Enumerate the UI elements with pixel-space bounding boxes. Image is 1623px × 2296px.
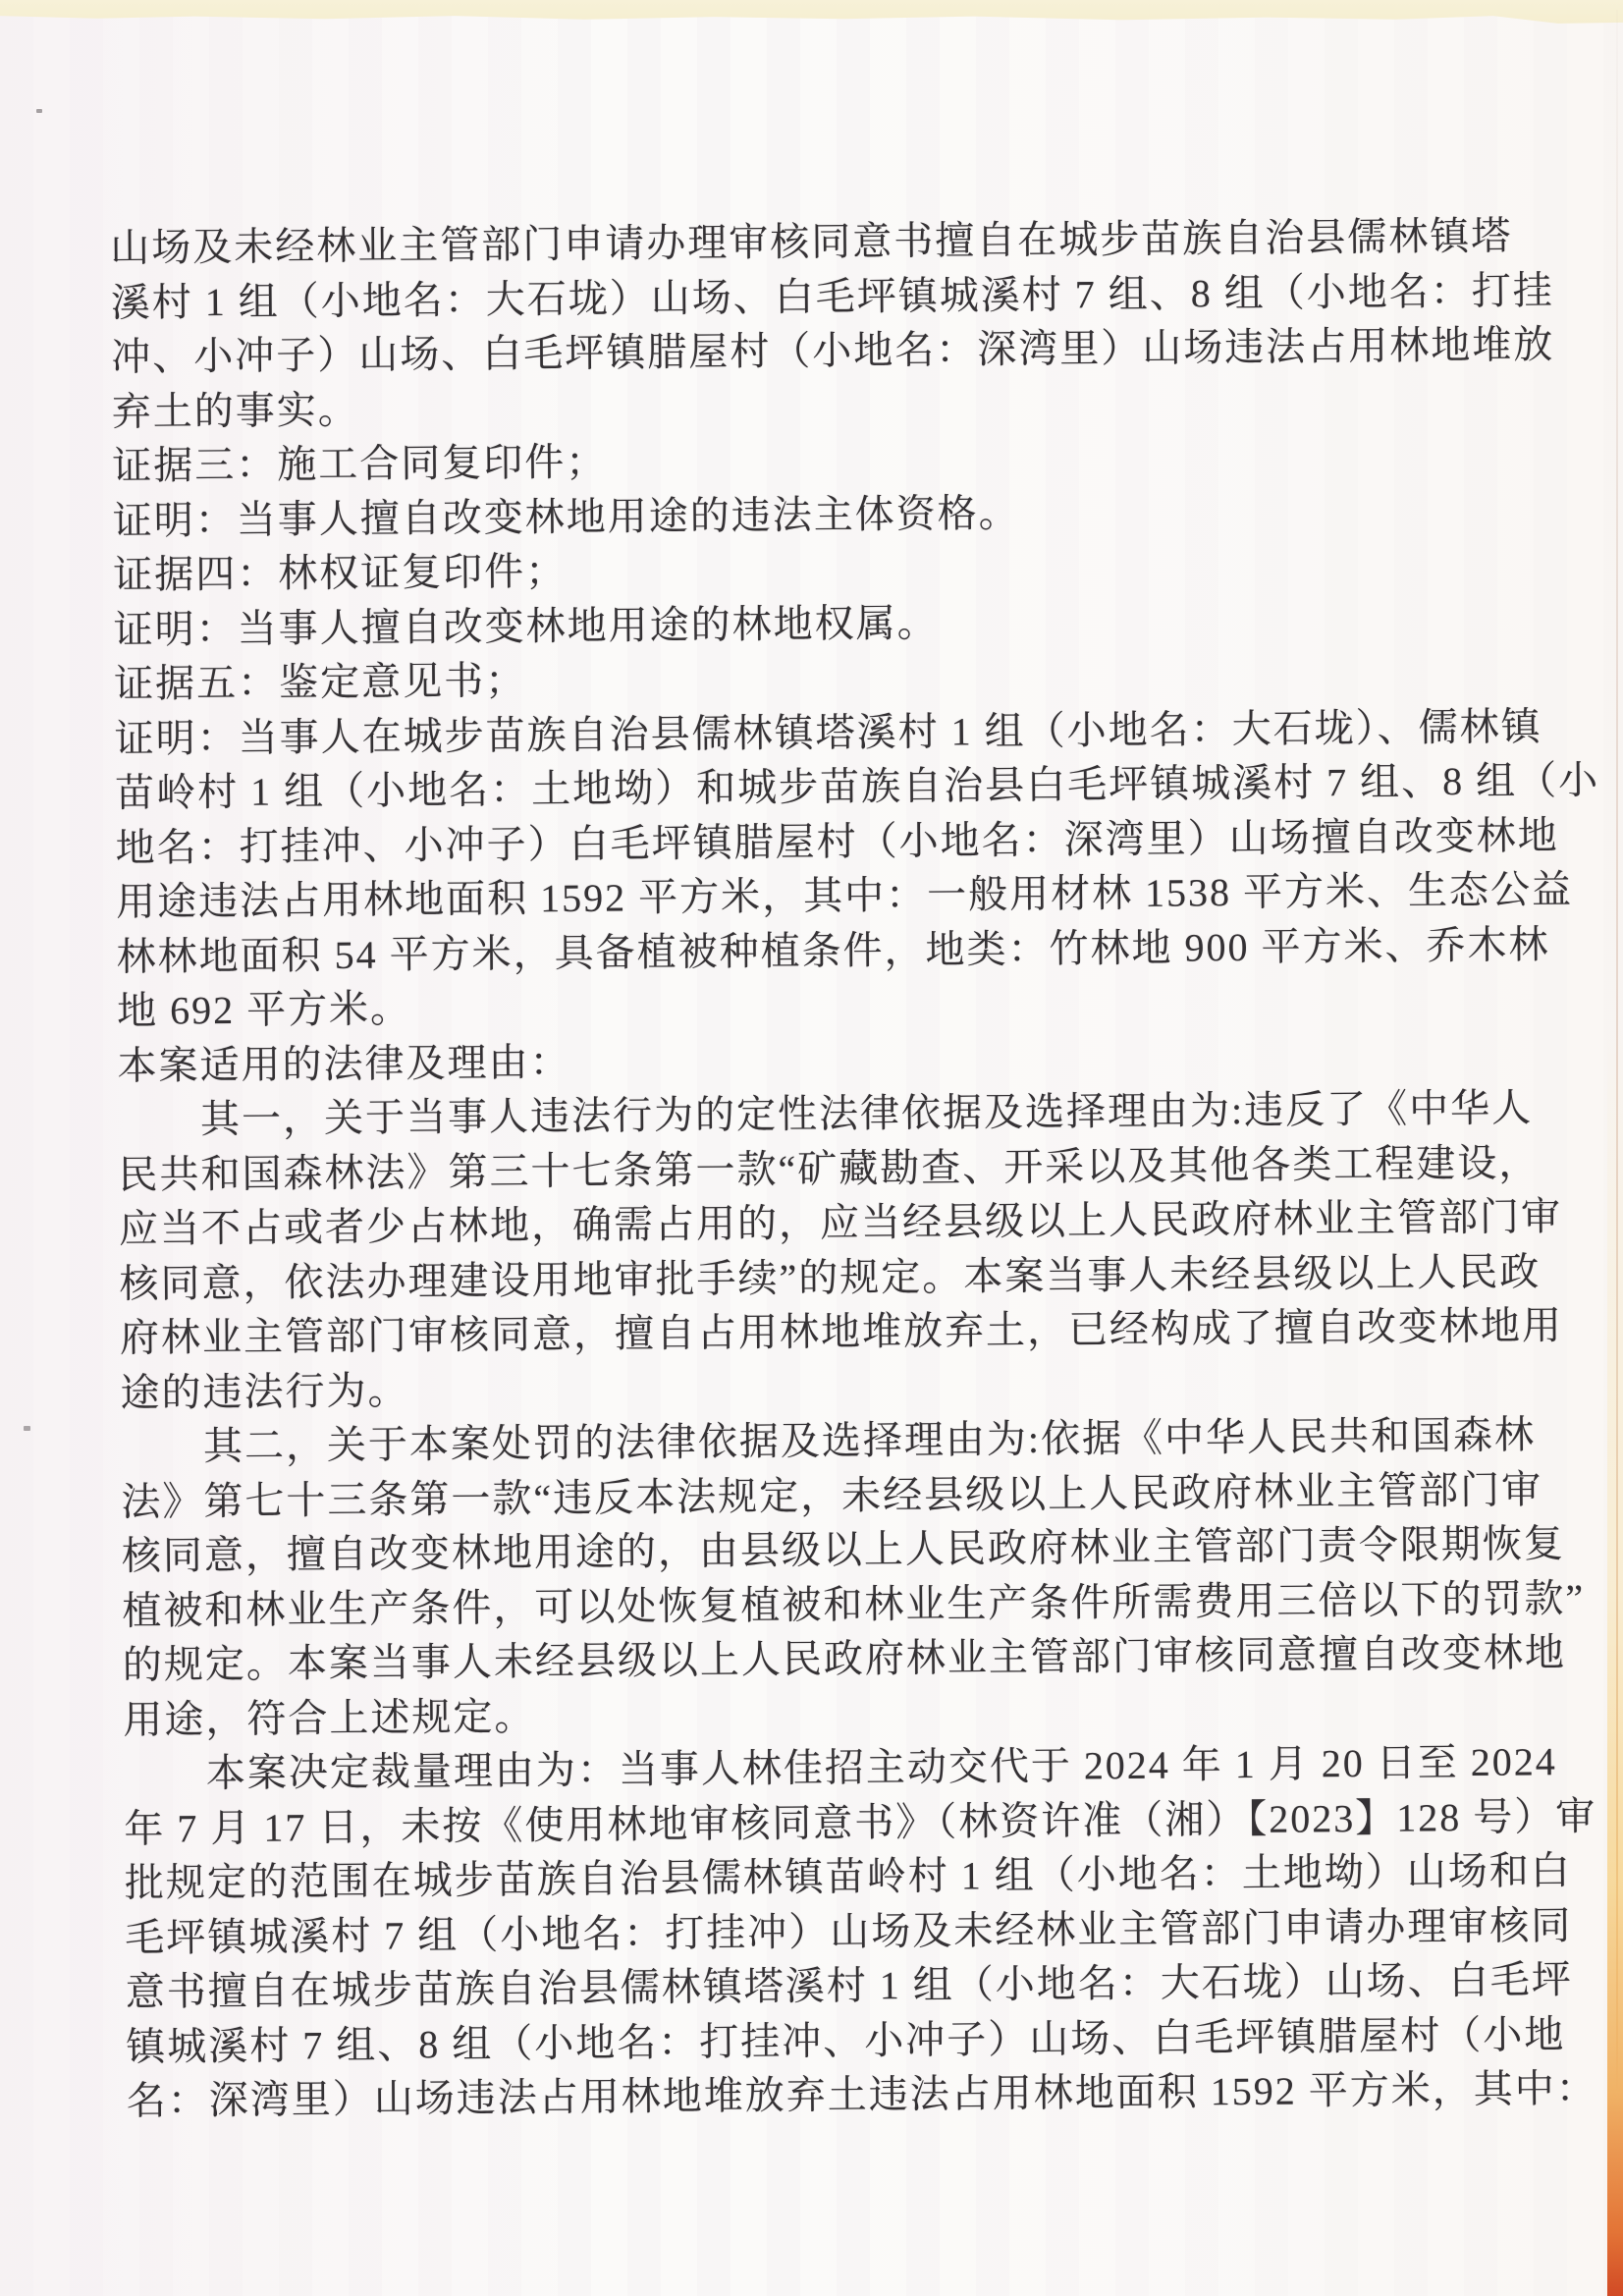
document-body: 山场及未经林业主管部门申请办理审核同意书擅自在城步苗族自治县儒林镇塔溪村 1 组… bbox=[110, 208, 1590, 2128]
scan-speck bbox=[36, 109, 42, 113]
scan-speck bbox=[24, 1426, 30, 1431]
text-line: 名：深湾里）山场违法占用林地堆放弃土违法占用林地面积 1592 平方米，其中： bbox=[127, 2061, 1590, 2129]
scan-right-edge-glow bbox=[1607, 1019, 1623, 2296]
scan-top-edge bbox=[0, 0, 1623, 26]
scanned-document-page: 山场及未经林业主管部门申请办理审核同意书擅自在城步苗族自治县儒林镇塔溪村 1 组… bbox=[0, 0, 1623, 2296]
